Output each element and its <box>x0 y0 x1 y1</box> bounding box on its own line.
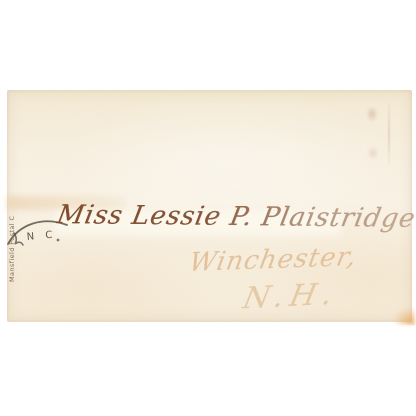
paper-smudge <box>366 106 378 122</box>
address-line-3: N.H. <box>240 277 342 317</box>
postmark-letters: N C <box>26 229 57 243</box>
address-line-2: Winchester, <box>187 242 360 278</box>
paper-scratch <box>388 102 390 166</box>
postmark-dot-icon <box>57 239 60 242</box>
postal-card: N C Mansfield Postal C Miss Lessie P. Pl… <box>7 90 412 322</box>
corner-stain <box>393 307 415 325</box>
photo-canvas: N C Mansfield Postal C Miss Lessie P. Pl… <box>0 0 416 416</box>
printer-imprint-text: Mansfield Postal C <box>8 192 20 282</box>
paper-smudge <box>367 146 379 160</box>
paper-light-band <box>55 211 341 236</box>
paper-crease-band <box>7 196 125 210</box>
